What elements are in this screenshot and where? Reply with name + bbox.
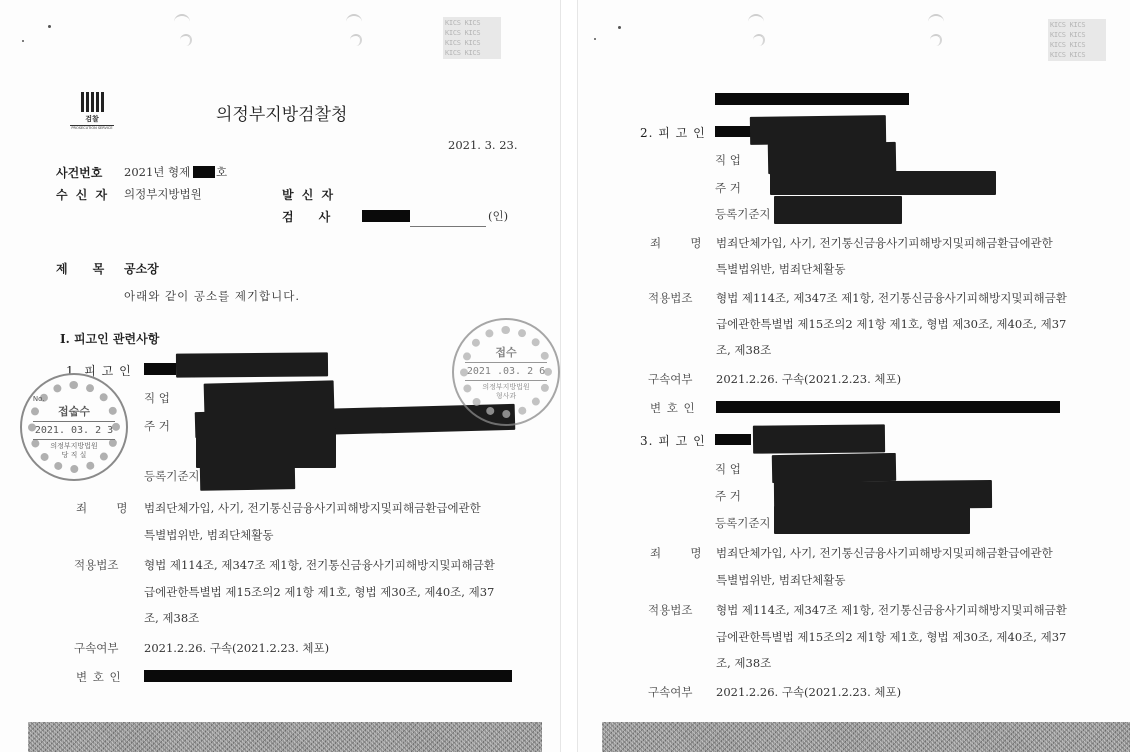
binder-hole xyxy=(174,14,190,30)
charges-line: 특별법위반, 범죄단체활동 xyxy=(716,261,846,277)
case-number-label: 사건번호 xyxy=(56,164,102,181)
stamp-date: 2021. 03. 2 3 xyxy=(33,421,115,440)
lawyer-label: 변 호 인 xyxy=(650,400,696,416)
charges-label: 죄 명 xyxy=(650,235,701,251)
statutes-line: 형법 제114조, 제347조 제1항, 전기통신금융사기피해방지및피해금환 xyxy=(716,290,1067,306)
statutes-line: 조, 제38조 xyxy=(716,655,771,671)
redaction-bar xyxy=(193,166,215,178)
scan-speck xyxy=(48,25,51,28)
stamp-sub: 당 직 실 xyxy=(33,451,115,460)
scan-noise-band xyxy=(28,722,542,752)
subject-intro: 아래와 같이 공소를 제기합니다. xyxy=(124,288,300,304)
statutes-line: 형법 제114조, 제347조 제1항, 전기통신금융사기피해방지및피해금환 xyxy=(144,557,495,573)
redaction-bar xyxy=(144,363,176,375)
address-label: 주 거 xyxy=(715,488,741,504)
charges-line: 특별법위반, 범죄단체활동 xyxy=(144,527,274,543)
prosecutor-label: 검 사 xyxy=(282,208,330,225)
stamp-sub: 형사과 xyxy=(465,392,547,401)
document-date: 2021. 3. 23. xyxy=(448,138,518,152)
receipt-stamp-right: 접수 2021 .03. 2 6 의정부지방법원 형사과 xyxy=(452,318,560,426)
redaction-tape xyxy=(750,115,886,145)
redaction-tape xyxy=(753,424,885,453)
redaction-tape xyxy=(774,506,970,534)
receipt-stamp-left: No. 접숩수 2021. 03. 2 3 의정부지방법원 당 직 실 xyxy=(20,373,128,481)
detention-value: 2021.2.26. 구속(2021.2.23. 체포) xyxy=(144,640,329,656)
case-number-prefix: 2021년 형제 xyxy=(124,164,190,180)
stamp-org: 의정부지방법원 xyxy=(33,442,115,451)
stamp-no: No. xyxy=(33,395,115,403)
charges-line: 범죄단체가입, 사기, 전기통신금융사기피해방지및피해금환급에관한 xyxy=(716,235,1053,251)
statutes-line: 급에관한특별법 제15조의2 제1항 제1호, 형법 제30조, 제40조, 제… xyxy=(716,316,1066,332)
detention-label: 구속여부 xyxy=(74,640,118,656)
stamp-title: 접수 xyxy=(465,344,547,360)
binder-hole xyxy=(748,14,764,30)
charges-label: 죄 명 xyxy=(76,500,127,516)
redaction-bar xyxy=(362,210,410,222)
statutes-line: 형법 제114조, 제347조 제1항, 전기통신금융사기피해방지및피해금환 xyxy=(716,602,1067,618)
statutes-line: 급에관한특별법 제15조의2 제1항 제1호, 형법 제30조, 제40조, 제… xyxy=(716,629,1066,645)
stamp-date: 2021 .03. 2 6 xyxy=(465,362,547,381)
prosecution-logo: 검찰 PROSECUTION SERVICE xyxy=(70,92,114,130)
statutes-line: 급에관한특별법 제15조의2 제1항 제1호, 형법 제30조, 제40조, 제… xyxy=(144,584,494,600)
redaction-bar xyxy=(715,434,751,445)
scan-speck xyxy=(618,26,621,29)
redaction-bar xyxy=(716,401,1060,413)
scan-noise-band xyxy=(602,722,1130,752)
registry-label: 등록기준지 xyxy=(715,515,771,531)
defendant-3-label: 3. 피 고 인 xyxy=(640,432,706,449)
charges-line: 특별법위반, 범죄단체활동 xyxy=(716,572,846,588)
recipient-label: 수 신 자 xyxy=(56,186,109,203)
detention-value: 2021.2.26. 구속(2021.2.23. 체포) xyxy=(716,371,901,387)
signature-line xyxy=(410,226,486,227)
scan-speck xyxy=(22,40,24,42)
indictment-page-2: KICS KICS KICS KICS KICS KICS KICS KICS … xyxy=(578,0,1130,752)
lawyer-label: 변 호 인 xyxy=(76,669,122,685)
registry-label: 등록기준지 xyxy=(715,206,771,222)
redaction-tape xyxy=(768,142,897,174)
charges-label: 죄 명 xyxy=(650,545,701,561)
redaction-tape xyxy=(774,196,902,224)
statutes-label: 적용법조 xyxy=(648,290,692,306)
subject-label: 제 목 xyxy=(56,260,104,277)
redaction-bar xyxy=(144,670,512,682)
logo-bars-icon xyxy=(70,92,114,112)
charges-line: 범죄단체가입, 사기, 전기통신금융사기피해방지및피해금환급에관한 xyxy=(716,545,1053,561)
indictment-page-1: KICS KICS KICS KICS KICS KICS KICS KICS … xyxy=(0,0,560,752)
detention-label: 구속여부 xyxy=(648,684,692,700)
case-number-suffix: 호 xyxy=(216,164,227,180)
detention-value: 2021.2.26. 구속(2021.2.23. 체포) xyxy=(716,684,901,700)
redaction-tape xyxy=(176,352,328,377)
detention-label: 구속여부 xyxy=(648,371,692,387)
occupation-label: 직 업 xyxy=(715,152,741,168)
sender-label: 발 신 자 xyxy=(282,186,335,203)
address-label: 주 거 xyxy=(144,418,170,434)
registry-label: 등록기준지 xyxy=(144,468,200,484)
redaction-tape xyxy=(200,461,295,491)
section-title: I. 피고인 관련사항 xyxy=(60,330,159,347)
redaction-bar xyxy=(715,93,909,105)
redaction-tape xyxy=(772,453,896,483)
charges-line: 범죄단체가입, 사기, 전기통신금융사기피해방지및피해금환급에관한 xyxy=(144,500,481,516)
binder-hole xyxy=(180,34,192,46)
statutes-line: 조, 제38조 xyxy=(144,610,199,626)
stamp-title: 접숩수 xyxy=(33,403,115,419)
subject-value: 공소장 xyxy=(124,260,159,277)
statutes-label: 적용법조 xyxy=(74,557,118,573)
occupation-label: 직 업 xyxy=(715,461,741,477)
redaction-tape xyxy=(770,171,996,195)
kics-corner-stamp: KICS KICS KICS KICS KICS KICS KICS KICS … xyxy=(443,17,501,59)
kics-corner-stamp: KICS KICS KICS KICS KICS KICS KICS KICS … xyxy=(1048,19,1106,61)
statutes-line: 조, 제38조 xyxy=(716,342,771,358)
page-divider xyxy=(560,0,578,752)
redaction-bar xyxy=(715,126,751,137)
binder-hole xyxy=(928,14,944,30)
recipient-value: 의정부지방법원 xyxy=(124,186,202,202)
address-label: 주 거 xyxy=(715,180,741,196)
binder-hole xyxy=(930,34,942,46)
logo-text: 검찰 xyxy=(70,114,114,124)
binder-hole xyxy=(350,34,362,46)
defendant-2-label: 2. 피 고 인 xyxy=(640,124,706,141)
occupation-label: 직 업 xyxy=(144,390,170,406)
binder-hole xyxy=(346,14,362,30)
seal-label: (인) xyxy=(488,208,508,224)
office-title: 의정부지방검찰청 xyxy=(216,100,347,125)
binder-hole xyxy=(753,34,765,46)
scan-speck xyxy=(594,38,596,40)
stamp-org: 의정부지방법원 xyxy=(465,383,547,392)
logo-subtext: PROSECUTION SERVICE xyxy=(70,125,114,130)
statutes-label: 적용법조 xyxy=(648,602,692,618)
